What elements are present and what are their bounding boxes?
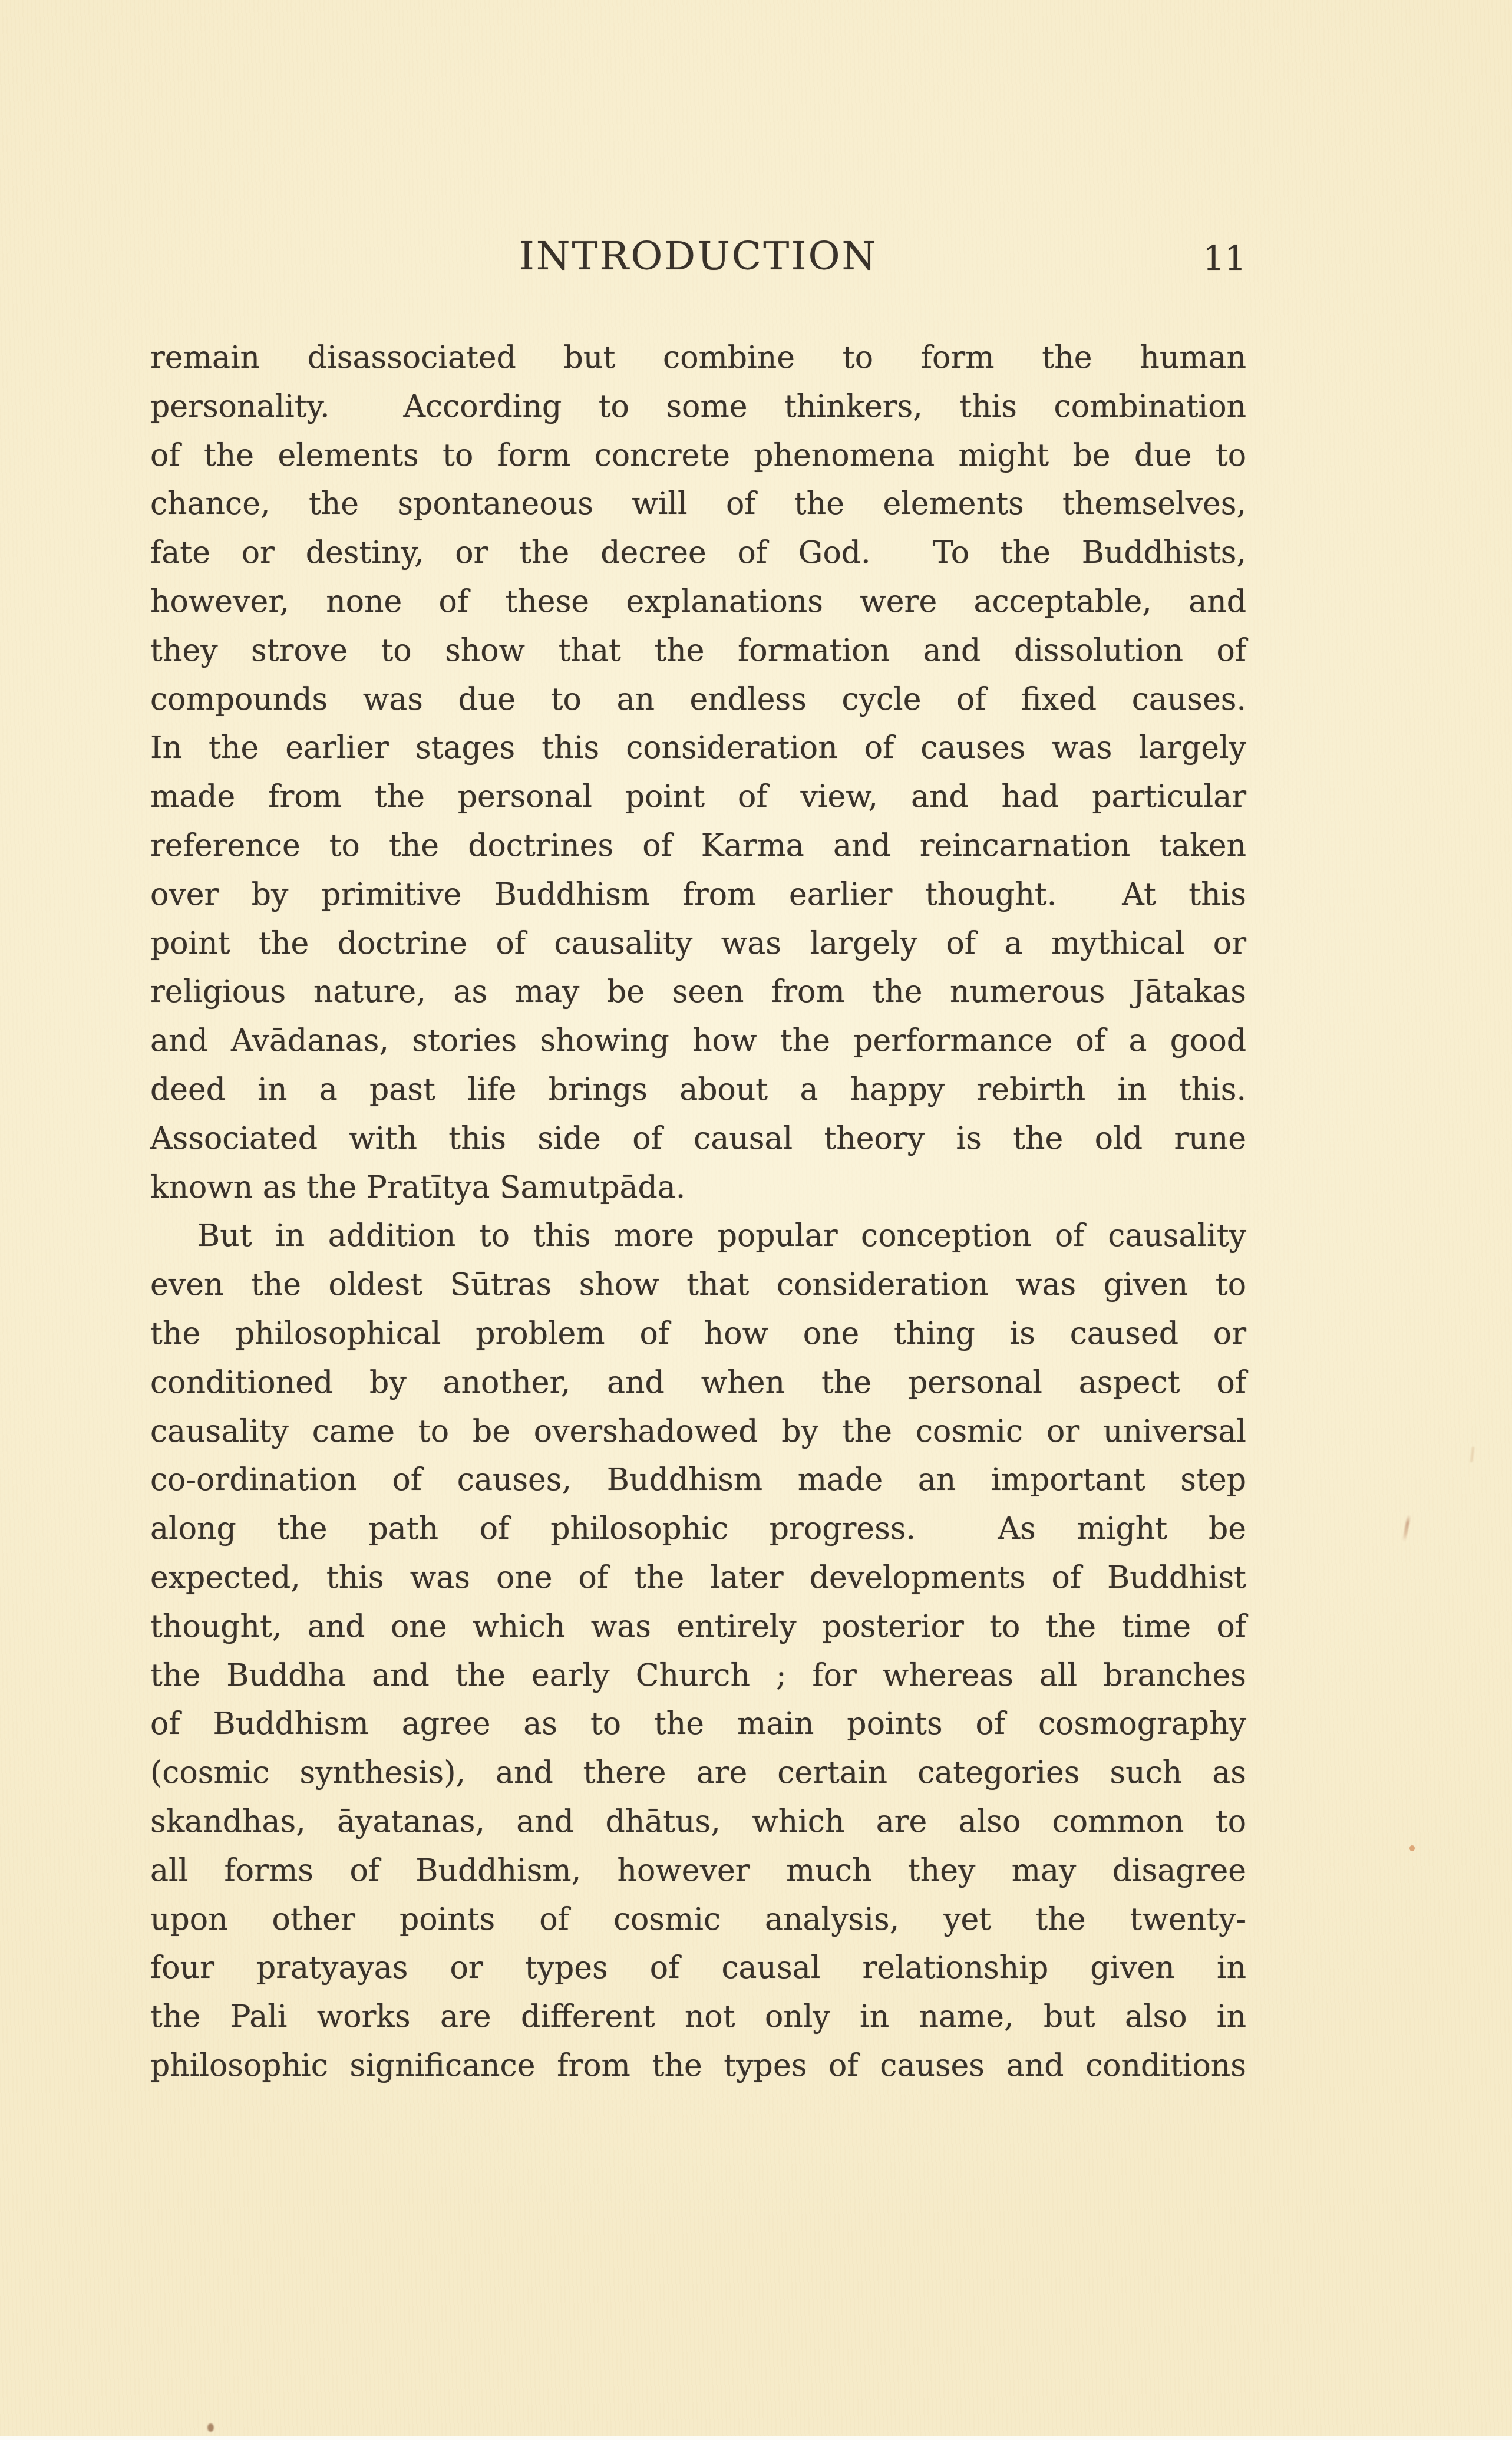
text-line: But in addition to this more popular con… bbox=[150, 1212, 1246, 1261]
text-line: along the path of philosophic progress. … bbox=[150, 1505, 1246, 1554]
text-line: the Buddha and the early Church ; for wh… bbox=[150, 1651, 1246, 1700]
text-line: conditioned by another, and when the per… bbox=[150, 1359, 1246, 1407]
text-line: of Buddhism agree as to the main points … bbox=[150, 1700, 1246, 1749]
text-line: personality. According to some thinkers,… bbox=[150, 383, 1246, 431]
text-line: over by primitive Buddhism from earlier … bbox=[150, 871, 1246, 919]
text-line: even the oldest Sūtras show that conside… bbox=[150, 1261, 1246, 1310]
text-line: the philosophical problem of how one thi… bbox=[150, 1310, 1246, 1359]
text-line: the Pali works are different not only in… bbox=[150, 1993, 1246, 2042]
text-line: point the doctrine of causality was larg… bbox=[150, 919, 1246, 968]
page-number: 11 bbox=[150, 241, 1246, 275]
scan-edge bbox=[0, 2436, 1512, 2440]
text-line: all forms of Buddhism, however much they… bbox=[150, 1847, 1246, 1895]
ink-dot bbox=[1409, 1845, 1415, 1851]
text-line: skandhas, āyatanas, and dhātus, which ar… bbox=[150, 1798, 1246, 1847]
text-line: religious nature, as may be seen from th… bbox=[150, 968, 1246, 1017]
text-line: of the elements to form concrete phenome… bbox=[150, 431, 1246, 480]
text-line: co-ordination of causes, Buddhism made a… bbox=[150, 1456, 1246, 1505]
text-line: made from the personal point of view, an… bbox=[150, 773, 1246, 822]
text-line: known as the Pratītya Samutpāda. bbox=[150, 1163, 1246, 1212]
text-line: causality came to be overshadowed by the… bbox=[150, 1407, 1246, 1456]
text-line: four pratyayas or types of causal relati… bbox=[150, 1944, 1246, 1993]
pen-mark bbox=[1402, 1515, 1411, 1542]
text-line: fate or destiny, or the decree of God. T… bbox=[150, 529, 1246, 578]
book-page: INTRODUCTION 11 remain disassociated but… bbox=[0, 0, 1512, 2440]
paper-fiber-mark bbox=[1470, 1447, 1475, 1462]
text-line: chance, the spontaneous will of the elem… bbox=[150, 480, 1246, 529]
text-line: they strove to show that the formation a… bbox=[150, 627, 1246, 675]
text-line: compounds was due to an endless cycle of… bbox=[150, 675, 1246, 724]
text-line: however, none of these explanations were… bbox=[150, 578, 1246, 627]
text-line: upon other points of cosmic analysis, ye… bbox=[150, 1895, 1246, 1944]
text-line: In the earlier stages this consideration… bbox=[150, 724, 1246, 773]
text-line: reference to the doctrines of Karma and … bbox=[150, 822, 1246, 871]
text-line: Associated with this side of causal theo… bbox=[150, 1115, 1246, 1163]
text-line: philosophic significance from the types … bbox=[150, 2042, 1246, 2091]
paper-speck bbox=[207, 2423, 214, 2432]
text-line: and Avādanas, stories showing how the pe… bbox=[150, 1017, 1246, 1066]
text-line: expected, this was one of the later deve… bbox=[150, 1554, 1246, 1603]
text-line: (cosmic synthesis), and there are certai… bbox=[150, 1749, 1246, 1798]
text-line: thought, and one which was entirely post… bbox=[150, 1603, 1246, 1651]
text-line: remain disassociated but combine to form… bbox=[150, 334, 1246, 383]
body-text: remain disassociated but combine to form… bbox=[150, 334, 1246, 2091]
text-line: deed in a past life brings about a happy… bbox=[150, 1066, 1246, 1115]
